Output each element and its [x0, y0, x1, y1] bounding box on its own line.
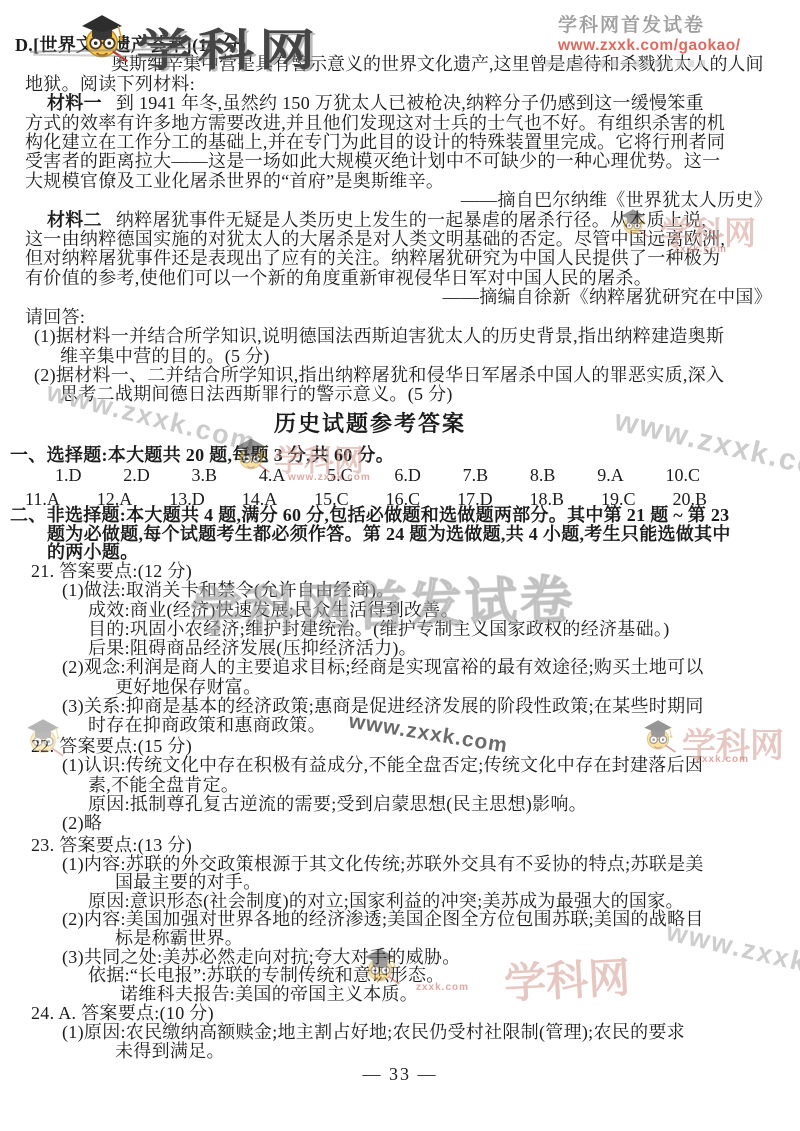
text-line: 维辛集中营的目的。(5 分) [0, 347, 800, 366]
material1-source: ——摘自巴尔纳维《世界犹太人历史》 [0, 191, 800, 210]
text-line: 时存在抑商政策和惠商政策。 [0, 716, 800, 735]
text-line: (2)内容:美国加强对世界各地的经济渗透;美国企图全方位包围苏联;美国的战略目 [0, 910, 800, 929]
text-line: 国最主要的对手。 [0, 873, 800, 892]
material2-label: 材料二 [47, 210, 102, 230]
text-line: 这一由纳粹德国实施的对犹太人的大屠杀是对人类文明基础的否定。尽管中国远离欧洲, [0, 230, 800, 249]
text-line: (2)据材料一、二并结合所学知识,指出纳粹屠犹和侵华日军屠杀中国人的罪恶实质,深… [0, 366, 800, 385]
text-line: 受害者的距离拉大——这是一场如此大规模灭绝计划中不可缺少的一种心理优势。这一 [0, 152, 800, 171]
mcq-answers-row-1: 1.D 2.D 3.B 4.A 5.C 6.D 7.B 8.B 9.A 10.C [55, 465, 700, 486]
answer-head: 21. 答案要点:(12 分) [0, 562, 800, 581]
material2-source: ——摘编自徐新《纳粹屠犹研究在中国》 [0, 288, 800, 307]
faint-watermark-row [545, 60, 705, 67]
header-right-block: 学科网首发试卷 www.zxxk.com/gaokao/ [558, 10, 741, 55]
text-line: 诺维科夫报告:美国的帝国主义本质。 [0, 985, 800, 1004]
answer-item: 2.D [123, 465, 150, 486]
text-line: 的两小题。 [0, 543, 800, 562]
text-line: 地狱。阅读下列材料: [0, 75, 800, 94]
text-line: 纳粹屠犹事件无疑是人类历史上发生的一起暴虐的屠杀行径。从本质上说, [116, 210, 706, 230]
material1-first-line: 材料一到 1941 年冬,虽然约 150 万犹太人已被枪决,纳粹分子仍感到这一缓… [0, 94, 800, 113]
text-line: 方式的效率有许多地方需要改进,并且他们发现这对士兵的士气也不好。有组织杀害的机 [0, 114, 800, 133]
answer-head: 24. A. 答案要点:(10 分) [0, 1004, 800, 1023]
answer-item: 9.A [597, 465, 624, 486]
text-line: (2)观念:利润是商人的主要追求目标;经商是实现富裕的最有效途径;购买土地可以 [0, 658, 800, 677]
answer-block-22: 22. 答案要点:(15 分) (1)认识:传统文化中存在积极有益成分,不能全盘… [0, 737, 800, 833]
text-line: 有价值的参考,使他们可以一个新的角度重新审视侵华日军对中国人民的屠杀。 [0, 269, 800, 288]
text-line: 更好地保存财富。 [0, 678, 800, 697]
answer-head: 23. 答案要点:(13 分) [0, 836, 800, 855]
text-line: 思考二战期间德日法西斯罪行的警示意义。(5 分) [0, 385, 800, 404]
text-line: 后果:阻碍商品经济发展(压抑经济活力)。 [0, 639, 800, 658]
text-line: 依据:“长电报”:苏联的专制传统和意识形态。 [0, 966, 800, 985]
ask-line: 请回答: [0, 308, 800, 327]
text-line: (3)共同之处:美苏必然走向对抗;夸大对手的威胁。 [0, 948, 800, 967]
page-number: — 33 — [0, 1064, 800, 1085]
answer-block-21: 21. 答案要点:(12 分) (1)做法:取消关卡和禁令(允许自由经商)。 成… [0, 562, 800, 736]
text-line: 题为必做题,每个试题考生都必须作答。第 24 题为选做题,共 4 小题,考生只能… [0, 525, 800, 544]
header-url-link[interactable]: www.zxxk.com/gaokao/ [558, 37, 741, 55]
text-line: (1)认识:传统文化中存在积极有益成分,不能全盘否定;传统文化中存在封建落后因 [0, 756, 800, 775]
text-line: 素,不能全盘肯定。 [0, 776, 800, 795]
text-line: (2)略 [0, 814, 800, 833]
section2-heading: 二、非选择题:本大题共 4 题,满分 60 分,包括必做题和选做题两部分。其中第… [0, 506, 800, 562]
text-line: (3)关系:抑商是基本的经济政策;惠商是促进经济发展的阶段性政策;在某些时期同 [0, 697, 800, 716]
header-banner-text: 学科网首发试卷 [558, 10, 741, 37]
question-d-section: D.[世界文化遗产荟萃](10 分) 奥斯维辛集中营是具有警示意义的世界文化遗产… [0, 36, 800, 405]
text-line: 二、非选择题:本大题共 4 题,满分 60 分,包括必做题和选做题两部分。其中第… [0, 506, 800, 525]
text-line: 原因:抵制尊孔复古逆流的需要;受到启蒙思想(民主思想)影响。 [0, 795, 800, 814]
material2-first-line: 材料二纳粹屠犹事件无疑是人类历史上发生的一起暴虐的屠杀行径。从本质上说, [0, 211, 800, 230]
text-line: 原因:意识形态(社会制度)的对立;国家利益的冲突;美苏成为最强大的国家。 [0, 892, 800, 911]
text-line: 未得到满足。 [0, 1042, 800, 1061]
text-line: (1)内容:苏联的外交政策根源于其文化传统;苏联外交具有不妥协的特点;苏联是美 [0, 855, 800, 874]
text-line: (1)据材料一并结合所学知识,说明德国法西斯迫害犹太人的历史背景,指出纳粹建造奥… [0, 327, 800, 346]
answer-head: 22. 答案要点:(15 分) [0, 737, 800, 756]
text-line: 目的:巩固小农经济;维护封建统治。(维护专制主义国家政权的经济基础。) [0, 620, 800, 639]
material1-label: 材料一 [47, 93, 102, 113]
zxxk-logo-text: 学科网 [136, 14, 320, 78]
text-line: 构化建立在工作分工的基础上,并在专门为此目的设计的特殊装置里完成。它将行刑者同 [0, 133, 800, 152]
text-line: 但对纳粹屠犹事件还是表现出了应有的关注。纳粹屠犹研究为中国人民提供了一种极为 [0, 249, 800, 268]
mcq-section-heading: 一、选择题:本大题共 20 题,每题 3 分,共 60 分。 [0, 441, 800, 467]
answer-item: 5.C [327, 465, 353, 486]
text-line: 一、选择题:本大题共 20 题,每题 3 分,共 60 分。 [0, 441, 800, 467]
answer-item: 6.D [394, 465, 421, 486]
answer-item: 7.B [463, 465, 489, 486]
text-line: 标是称霸世界。 [0, 929, 800, 948]
text-line: 成效:商业(经济)快速发展;民众生活得到改善。 [0, 601, 800, 620]
answer-item: 3.B [192, 465, 218, 486]
exam-answer-page: 学科网 学科网首发试卷 www.zxxk.com/gaokao/ www.zxx… [0, 0, 800, 1131]
answer-block-23: 23. 答案要点:(13 分) (1)内容:苏联的外交政策根源于其文化传统;苏联… [0, 836, 800, 1003]
answer-item: 8.B [530, 465, 556, 486]
text-line: (1)做法:取消关卡和禁令(允许自由经商)。 [0, 581, 800, 600]
answer-item: 1.D [55, 465, 82, 486]
text-line: 大规模官僚及工业化屠杀世界的“首府”是奥斯维辛。 [0, 172, 800, 191]
answer-block-24: 24. A. 答案要点:(10 分) (1)原因:农民缴纳高额赎金;地主割占好地… [0, 1004, 800, 1061]
answer-key-title: 历史试题参考答案 [0, 407, 740, 438]
text-line: (1)原因:农民缴纳高额赎金;地主割占好地;农民仍受村社限制(管理);农民的要求 [0, 1023, 800, 1042]
answer-item: 10.C [665, 465, 700, 486]
text-line: 到 1941 年冬,虽然约 150 万犹太人已被枪决,纳粹分子仍感到这一缓慢笨重 [116, 93, 704, 113]
answer-item: 4.A [259, 465, 286, 486]
